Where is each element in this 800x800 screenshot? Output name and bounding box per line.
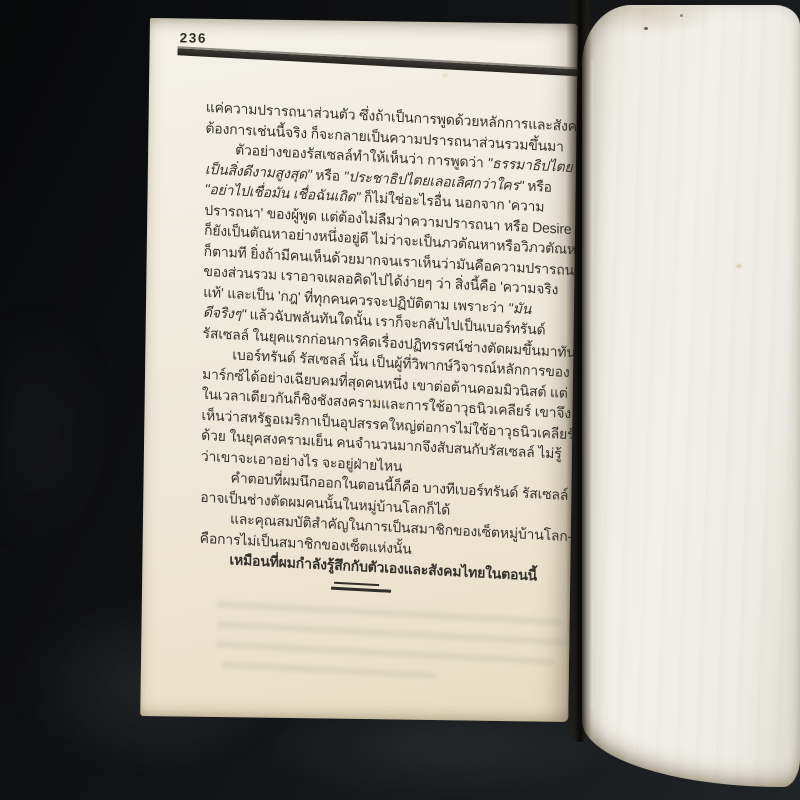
background-smudge bbox=[0, 300, 120, 560]
ghost-line bbox=[216, 641, 554, 666]
paper-stain bbox=[600, 5, 720, 35]
page-number: 236 bbox=[180, 30, 208, 45]
paper-speck bbox=[644, 27, 648, 30]
paper-speck bbox=[680, 14, 683, 17]
paper-stain bbox=[735, 263, 743, 269]
paper-texture bbox=[582, 5, 800, 787]
paragraph: ตัวอย่างของรัสเซลล์ทำให้เห็นว่า การพูดว่… bbox=[202, 138, 565, 362]
page-text: แค่ความปรารถนาส่วนตัว ซึ่งถ้าเป็นการพูดด… bbox=[199, 97, 565, 587]
divider-line-bottom bbox=[331, 587, 391, 593]
left-book-page: 236 แค่ความปรารถนาส่วนตัว ซึ่งถ้าเป็นการ… bbox=[140, 18, 578, 722]
page-content: แค่ความปรารถนาส่วนตัว ซึ่งถ้าเป็นการพูดด… bbox=[198, 48, 578, 699]
divider-line-top bbox=[334, 581, 379, 586]
ghost-line bbox=[222, 661, 437, 679]
ghost-line bbox=[217, 601, 562, 626]
right-book-page bbox=[582, 5, 800, 787]
show-through-ghost-text bbox=[216, 601, 571, 687]
page-edge-highlight bbox=[591, 60, 593, 710]
paragraph: เบอร์ทรันด์ รัสเซลล์ นั้น เป็นผู้ที่วิพา… bbox=[201, 343, 562, 485]
ghost-line bbox=[216, 621, 568, 646]
book-photo-scene: 236 แค่ความปรารถนาส่วนตัว ซึ่งถ้าเป็นการ… bbox=[0, 0, 800, 800]
header-rule bbox=[177, 46, 577, 76]
